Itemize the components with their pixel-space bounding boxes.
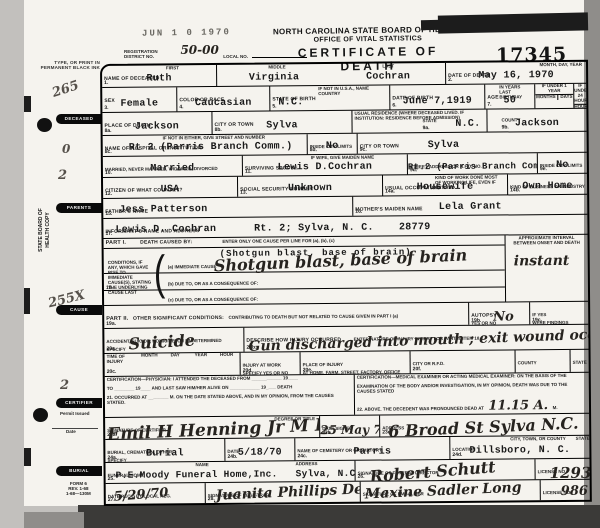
- field-ssn: SOCIAL SECURITY NUMBER 13. Unknown: [238, 176, 383, 197]
- name-middle-value: Virginia: [217, 72, 331, 84]
- hole-punch-top: [37, 118, 52, 132]
- field-res-street: STREET ADDRESS OR R.F.D. NO. 9d. Rt.2 (P…: [408, 153, 538, 174]
- name-sub-middle: MIDDLE: [268, 65, 285, 70]
- print-note: TYPE, OR PRINT IN PERMANENT BLACK INK: [36, 60, 100, 71]
- field-cert-physician: CERTIFICATION—PHYSICIAN: I ATTENDED THE …: [105, 375, 355, 417]
- spouse-note: IF WIFE, GIVE MAIDEN NAME: [311, 156, 374, 161]
- pod-inside-value: No: [308, 141, 357, 152]
- field-fd-license: LICENSE NO. 1293: [535, 459, 589, 479]
- informant-value: Lewis D. Cochran Rt. 2; Sylva, N. C. 287…: [115, 222, 430, 236]
- autopsy-num: 19b.: [471, 318, 481, 324]
- race-value: Caucasian: [177, 98, 269, 110]
- funeral-home-address-sub: ADDRESS: [295, 462, 317, 467]
- redaction-bar-nub: [421, 20, 441, 30]
- part2-num: 19a.: [106, 321, 116, 327]
- hospital-value: Rt 2 (Parris Branch Comm.): [129, 141, 307, 154]
- field-age: AGE IN YEARS LAST BIRTHDAY 7. 50: [485, 84, 535, 108]
- field-state-of-birth: STATE OF BIRTH IF NOT IN U.S.A., NAME CO…: [270, 85, 390, 110]
- field-name-middle: MIDDLE Virginia: [217, 64, 331, 86]
- registration-district-label: REGISTRATION DISTRICT NO.: [124, 50, 176, 60]
- cert-phys-line3: 21. OCCURRED AT ________ M. ON THE DATE …: [107, 394, 352, 406]
- cause-main: PART I. DEATH CAUSED BY: ENTER ONLY ONE …: [104, 235, 507, 305]
- injury-work-num: 20d.: [243, 368, 253, 374]
- name-last-value: Cochran: [331, 71, 445, 83]
- age-value: 50: [485, 95, 534, 106]
- pronounced-time-value: 11.15 A.: [488, 398, 548, 414]
- burial-value: Burial: [105, 448, 224, 460]
- field-injury-county: COUNTY: [516, 350, 571, 372]
- redaction-bar: [438, 12, 588, 33]
- field-how-injury: DESCRIBE HOW INJURY OCCURRED ENTER NATUR…: [244, 325, 588, 352]
- field-burial-location: LOCATION CITY, TOWN, OR COUNTY STATE 24d…: [450, 436, 589, 459]
- cert-phys-line1: CERTIFICATION—PHYSICIAN: I ATTENDED THE …: [107, 376, 352, 383]
- cause-brace: (: [154, 247, 166, 302]
- how-value: Gun discharged into mouth ; exit wound o…: [248, 325, 588, 352]
- registration-district-value: 50-00: [180, 43, 218, 57]
- part2-conditions-label: OTHER SIGNIFICANT CONDITIONS:: [133, 315, 224, 322]
- cause-conditions-label: CONDITIONS, IF ANY, WHICH GAVE RISE TO I…: [108, 261, 152, 296]
- field-sex: SEX 3. Female: [102, 87, 177, 112]
- field-certifier-address: ADDRESS 23c. 6 Broad St Sylva N.C.: [380, 414, 589, 437]
- scan-artifact: [24, 288, 30, 314]
- dod-sub: MONTH, DAY, YEAR: [539, 63, 582, 68]
- injury-time-label: TIME OF INJURY: [105, 354, 137, 366]
- registrar-num: 28.: [208, 496, 215, 502]
- under1-months-label: MONTHS: [536, 95, 556, 100]
- copy-label: STATE BOARD OF HEALTH COPY: [38, 200, 51, 260]
- injury-place-num: 20e.: [303, 367, 313, 373]
- tab-burial: BURIAL: [56, 466, 102, 476]
- form-print: 1-68—130M: [66, 492, 91, 497]
- field-embalmer-signature: SIGNATURE OF EMBALMER Maxine Sadler Long: [361, 480, 541, 502]
- father-value: Jess Patterson: [119, 204, 207, 216]
- field-registrar-signature: SIGNATURE OF REGISTRAR 28. Juanita Phill…: [206, 482, 361, 503]
- under1-days-label: DAYS: [557, 95, 572, 100]
- field-funeral-home: FUNERAL HOME NAME ADDRESS 25. P.E.Moody …: [105, 461, 355, 483]
- res-county-value: Jackson: [487, 118, 586, 130]
- field-res-state: USUAL RESIDENCE (WHERE DECEASED LIVED. I…: [352, 110, 487, 133]
- cause-note: ENTER ONLY ONE CAUSE PER LINE FOR (a), (…: [222, 239, 334, 245]
- birth-state-num: 5.: [272, 103, 276, 109]
- margin-mark-5: 2: [60, 378, 69, 393]
- manner-value: Suicide: [128, 330, 195, 353]
- field-father: FATHER'S NAME 15. Jess Patterson: [103, 197, 353, 218]
- injury-city-num: 20f.: [413, 366, 422, 372]
- field-pod-county: PLACE OF DEATH COUNTY 8a. Jackson: [102, 112, 212, 135]
- field-embalmer-license: LICENSE NO. 986: [541, 480, 590, 500]
- margin-mark-3: 2: [58, 168, 67, 183]
- field-race: COLOR OR RACE 4. Caucasian: [177, 87, 270, 112]
- cert-phys-line2: TO ________ 19____ AND LAST SAW HIM/HER …: [107, 385, 352, 392]
- field-hospital: NAME OF HOSPITAL OR INSTITUTION IF NOT I…: [103, 134, 308, 156]
- cert-med-line2: EXAMINATION OF THE BODY AND/OR INVESTIGA…: [357, 383, 587, 395]
- emb-license-value: 986: [561, 484, 588, 499]
- funeral-home-name-sub: NAME: [195, 463, 208, 468]
- injury-state-label: STATE: [573, 360, 587, 365]
- name-sub-first: FIRST: [166, 66, 179, 71]
- injury-time-year: YEAR: [188, 353, 214, 365]
- board-line2: OFFICE OF VITAL STATISTICS: [268, 35, 468, 45]
- field-citizen: CITIZEN OF WHAT COUNTRY? 12. USA: [103, 177, 238, 198]
- cause-c-label: (c) DUE TO, OR AS A CONSEQUENCE OF:: [168, 298, 258, 304]
- scanned-death-certificate: JUN 1 0 1970 REGISTRATION DISTRICT NO. 5…: [0, 0, 600, 528]
- cause-part1-label: PART I.: [106, 240, 127, 246]
- field-date-signed: DATE SIGNED 23b. 25 May 70: [320, 416, 380, 438]
- field-res-inside-city: INSIDE CITY LIMITS 9e. No: [538, 153, 587, 173]
- funeral-home-value: P.E.Moody Funeral Home,Inc. Sylva, N.C.: [116, 468, 356, 481]
- field-burial: BURIAL, CREMATION, OTHER SPECIFY 24a. Bu…: [105, 439, 225, 462]
- scan-bottom-edge-light: [24, 512, 84, 528]
- autopsy-value: No: [493, 309, 514, 324]
- field-industry: KIND OF BUSINESS OR INDUSTRY 14b. Own Ho…: [508, 174, 587, 195]
- cause-interval: APPROXIMATE INTERVAL BETWEEN ONSET AND D…: [506, 235, 589, 302]
- name-sub-last: LAST: [382, 64, 394, 69]
- pod-county-value: Jackson: [103, 121, 212, 133]
- field-funeral-director-signature: SIGNATURE OF FUNERAL DIRECTOR 26. Robert…: [355, 459, 535, 481]
- field-under-24-hours: IF UNDER 24 HOURS HOURS MIN.: [574, 84, 586, 108]
- injury-county-label: COUNTY: [518, 360, 537, 365]
- field-spouse: SURVIVING SPOUSE IF WIFE, GIVE MAIDEN NA…: [243, 154, 408, 175]
- marital-value: Married: [103, 163, 242, 175]
- injury-time-month: MONTH: [137, 353, 163, 365]
- permit-issued-label: Permit Issued: [60, 412, 90, 417]
- section-cause-of-death: PART I. DEATH CAUSED BY: ENTER ONLY ONE …: [104, 235, 589, 306]
- hospital-num: 8c.: [105, 149, 112, 155]
- interval-value: instant: [514, 253, 570, 269]
- under24-label: IF UNDER 24 HOURS: [574, 84, 586, 105]
- res-inside-value: No: [538, 160, 587, 171]
- field-res-county: COUNTY 9b. Jackson: [487, 109, 586, 132]
- dod-value: May 16, 1970: [446, 70, 586, 82]
- field-injury-city: CITY OR R.F.D. 20f.: [411, 350, 516, 373]
- injury-time-hour: HOUR: [214, 353, 240, 365]
- field-pod-inside-city: INSIDE CITY LIMITS 8d. No: [308, 134, 358, 154]
- injury-time-day: DAY: [162, 353, 188, 365]
- permit-date-label: Date: [66, 430, 76, 435]
- mother-value: Lela Grant: [353, 201, 587, 214]
- findings-num: 19c.: [532, 317, 542, 323]
- res-city-num: 9c.: [360, 147, 367, 153]
- industry-value: Own Home: [508, 181, 587, 193]
- field-injury-at-work: INJURY AT WORK SPECIFY YES OR NO 20d.: [241, 352, 301, 375]
- field-marital: MARRIED, NEVER MARRIED, WIDOWED, DIVORCE…: [103, 156, 243, 177]
- form-number-block: FORM 6 REV. 1-68 1-68—130M: [66, 482, 91, 497]
- name-first-value: Ruth: [102, 73, 216, 85]
- res-city-value: Sylva: [428, 139, 587, 151]
- tab-certifier: CERTIFIER: [56, 398, 102, 408]
- scan-artifact: [24, 96, 31, 112]
- cert-med-line1: CERTIFICATION—MEDICAL EXAMINER OR ACTING…: [357, 374, 587, 381]
- occupation-value: Housewife: [383, 181, 507, 193]
- cause-a-label: (a) IMMEDIATE CAUSE: [168, 265, 217, 270]
- local-no-label: LOCAL NO.: [223, 54, 248, 59]
- hospital-note: IF NOT IN EITHER, GIVE STREET AND NUMBER: [163, 136, 265, 142]
- ssn-value: Unknown: [238, 183, 382, 195]
- spouse-value: Lewis D.Cochran: [243, 161, 407, 173]
- interval-label: APPROXIMATE INTERVAL BETWEEN ONSET AND D…: [508, 236, 586, 247]
- res-street-value: Rt.2 (Parris Branch Comm): [408, 161, 537, 172]
- cert-med-line3: 22. ABOVE. THE DECEDENT WAS PRONOUNCED D…: [357, 405, 484, 411]
- hole-punch-bottom: [33, 408, 48, 422]
- field-name-last: LAST Cochran: [331, 63, 446, 85]
- date-signed-value: 25 May 70: [320, 422, 380, 437]
- res-state-value: N.C.: [352, 119, 480, 131]
- row-certification: CERTIFICATION—PHYSICIAN: I ATTENDED THE …: [105, 373, 589, 418]
- field-injury-state: STATE: [571, 350, 589, 372]
- field-date-of-birth: DATE OF BIRTH 6. June 7,1919: [390, 85, 485, 110]
- field-mother: MOTHER'S MAIDEN NAME 16. Lela Grant: [353, 195, 587, 216]
- certificate-form: NAME OF DECEASED FIRST 1. Ruth MIDDLE Vi…: [100, 60, 592, 506]
- registrar-signature-value: Juanita Phillips Dep: [215, 482, 360, 503]
- citizen-value: USA: [103, 184, 237, 196]
- scan-bottom-edge: [78, 505, 600, 528]
- field-date-received: DATE REC'D BY LOCAL REG. 27. 5/29/70: [106, 483, 206, 504]
- fd-sig-num: 26.: [358, 474, 365, 480]
- fd-license-value: 1293: [550, 464, 590, 479]
- location-note: CITY, TOWN, OR COUNTY STATE: [510, 437, 589, 443]
- sex-value: Female: [102, 98, 176, 110]
- tab-deceased: DECEASED: [56, 114, 102, 124]
- manner-num: 20a.: [106, 346, 116, 352]
- cert-med-m-label: M.: [553, 405, 558, 410]
- field-cert-medical-examiner: CERTIFICATION—MEDICAL EXAMINER OR ACTING…: [355, 373, 589, 415]
- injury-time-num: 20c.: [107, 369, 117, 375]
- part2-note: CONTRIBUTING TO DEATH BUT NOT RELATED TO…: [228, 313, 398, 319]
- field-injury-time: TIME OF INJURY MONTH DAY YEAR HOUR 20c.: [105, 353, 241, 376]
- scan-artifact: [24, 448, 31, 466]
- father-num: 15.: [105, 211, 112, 217]
- pod-city-value: Sylva: [213, 120, 352, 132]
- field-certifier-signature: SIGNATURE OF CERTIFIER DEGREE OR TITLE 2…: [105, 416, 320, 439]
- row-registrar: DATE REC'D BY LOCAL REG. 27. 5/29/70 SIG…: [106, 480, 590, 504]
- fd-signature-value: Robert Schutt: [369, 459, 496, 481]
- birth-state-value: N.C.: [278, 97, 303, 108]
- field-under-one-year: IF UNDER 1 YEAR MONTHS DAYS: [535, 84, 574, 108]
- embalmer-signature-value: Maxine Sadler Long: [364, 480, 521, 502]
- field-pod-city: CITY OR TOWN 8b. Sylva: [212, 111, 352, 134]
- margin-mark-2: 0: [62, 142, 70, 156]
- field-res-city: CITY OR TOWN 9c. Sylva: [358, 132, 587, 154]
- field-place-of-injury: PLACE OF INJURY AT HOME, FARM, STREET, F…: [301, 351, 411, 374]
- field-name-first: NAME OF DECEASED FIRST 1. Ruth: [102, 65, 217, 87]
- dob-value: June 7,1919: [390, 96, 484, 108]
- cemetery-value: Parris: [295, 446, 449, 458]
- location-value: Dillsboro, N. C.: [450, 445, 589, 457]
- under24-hours-label: HOURS: [574, 104, 586, 107]
- cause-caused-by-label: DEATH CAUSED BY:: [140, 240, 192, 246]
- cause-b-label: (b) DUE TO, OR AS A CONSEQUENCE OF:: [168, 282, 258, 288]
- field-occupation: USUAL OCCUPATION KIND OF WORK DONE MOST …: [383, 174, 508, 195]
- certifier-signature-value: Emil H Henning Jr M D: [107, 416, 320, 439]
- field-findings: IF YES WERE FINDINGS CONSIDERED IN DETER…: [530, 302, 588, 325]
- tab-parents: PARENTS: [56, 203, 102, 213]
- field-burial-date: DATE 24b. 5/18/70: [225, 438, 295, 461]
- field-manner: ACCIDENT, SUICIDE, HOMICIDE, OR UNDETERM…: [104, 328, 244, 353]
- date-received-value: 5/29/70: [113, 486, 169, 504]
- certifier-address-value: 6 Broad St Sylva N.C.: [388, 414, 579, 437]
- field-date-of-death: DATE OF DEATH MONTH, DAY, YEAR 2. May 16…: [446, 62, 586, 84]
- date-received-stamp: JUN 1 0 1970: [142, 27, 231, 39]
- burial-date-value: 5/18/70: [225, 447, 294, 459]
- field-cemetery: NAME OF CEMETERY OR CREMATORY 24c. Parri…: [295, 437, 450, 460]
- field-autopsy: AUTOPSY? YES OR NO 19b. No: [469, 302, 530, 325]
- informant-num: 17.: [105, 231, 112, 237]
- field-part2: PART II. OTHER SIGNIFICANT CONDITIONS: C…: [104, 303, 469, 328]
- birth-state-note: IF NOT IN U.S.A., NAME COUNTRY: [318, 87, 380, 97]
- funeral-home-num: 25.: [108, 476, 115, 482]
